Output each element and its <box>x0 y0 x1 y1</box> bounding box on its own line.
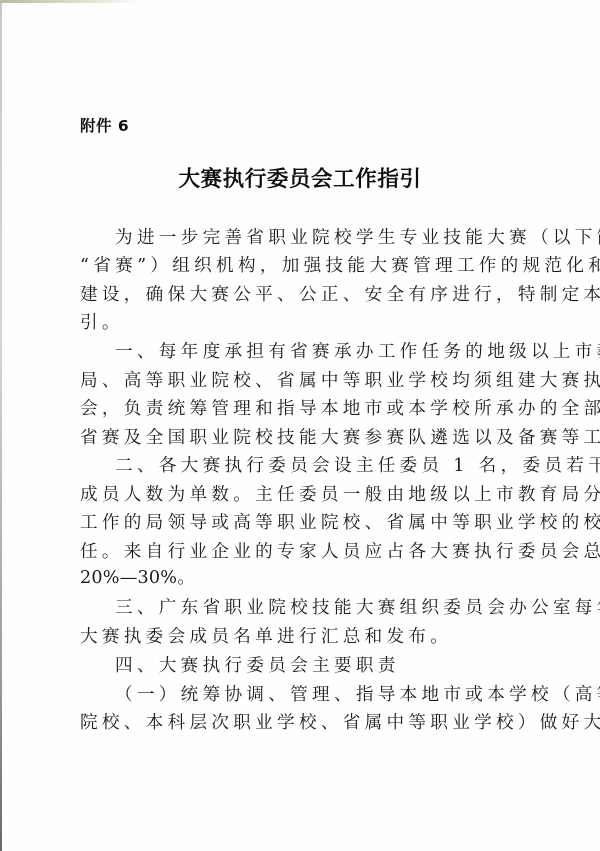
body-line: 省赛及全国职业院校技能大赛参赛队遴选以及备赛等工作。 <box>80 426 520 450</box>
body-line: “省赛”）组织机构，加强技能大赛管理工作的规范化和制度化 <box>80 254 520 278</box>
body-line: 一、每年度承担有省赛承办工作任务的地级以上市教育 <box>115 340 555 364</box>
body-line: 为进一步完善省职业院校学生专业技能大赛（以下简称 <box>115 226 555 250</box>
body-line: 二、各大赛执行委员会设主任委员 1 名，委员若干名，总 <box>115 454 555 478</box>
body-line: 20%—30%。 <box>80 566 520 590</box>
document-page: 附件 6 大赛执行委员会工作指引 为进一步完善省职业院校学生专业技能大赛（以下简… <box>0 0 600 851</box>
body-line: 大赛执委会成员名单进行汇总和发布。 <box>80 625 520 649</box>
body-line: 三、广东省职业院校技能大赛组织委员会办公室每年对各 <box>115 596 555 620</box>
document-title: 大赛执行委员会工作指引 <box>0 165 600 195</box>
body-line: 成员人数为单数。主任委员一般由地级以上市教育局分管大赛 <box>80 483 520 507</box>
body-line: 会，负责统筹管理和指导本地市或本学校所承办的全部赛项的 <box>80 397 520 421</box>
body-line: 引。 <box>80 311 520 335</box>
body-line: 局、高等职业院校、省属中等职业学校均须组建大赛执行委员 <box>80 369 520 393</box>
attachment-label: 附件 6 <box>80 116 129 136</box>
body-line: 工作的局领导或高等职业院校、省属中等职业学校的校领导担 <box>80 511 520 535</box>
scan-edge-left <box>0 0 2 851</box>
body-line: 建设，确保大赛公平、公正、安全有序进行，特制定本工作指 <box>80 283 520 307</box>
scan-edge-top <box>0 0 140 3</box>
body-line: 院校、本科层次职业学校、省属中等职业学校）做好大赛承办 <box>80 711 520 735</box>
body-line: 任。来自行业企业的专家人员应占各大赛执行委员会总人数的 <box>80 540 520 564</box>
section-heading: 四、大赛执行委员会主要职责 <box>115 654 555 678</box>
body-line: （一）统筹协调、管理、指导本地市或本学校（高等职业 <box>115 683 555 707</box>
